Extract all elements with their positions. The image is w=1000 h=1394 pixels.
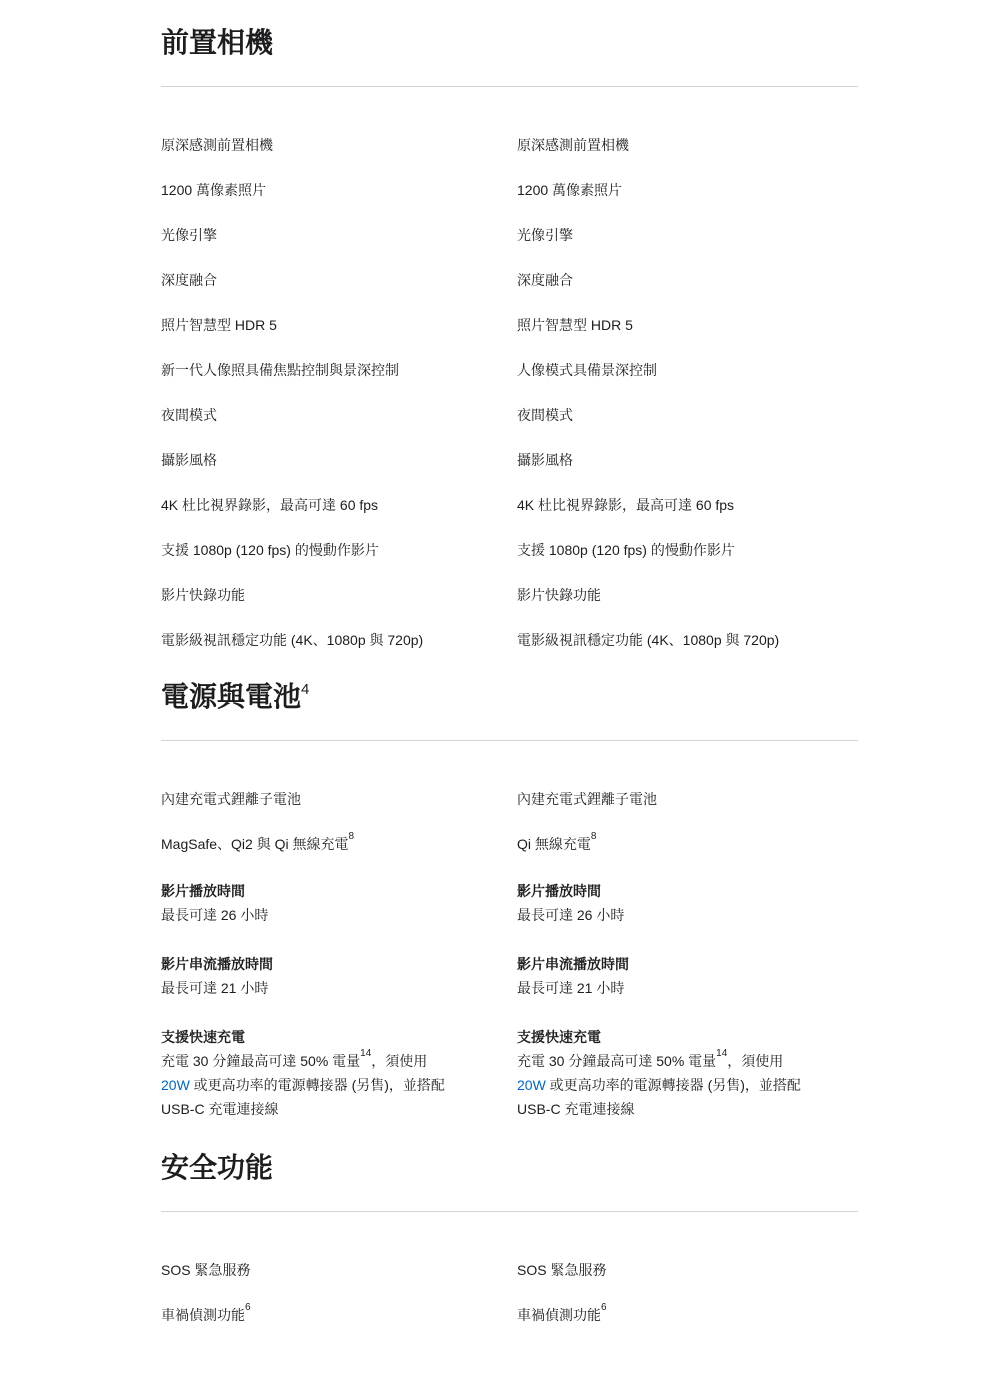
section-divider bbox=[161, 740, 858, 741]
spec-row: 支援快速充電 充電 30 分鐘最高可達 50% 電量14，須使用 20W 或更高… bbox=[161, 1025, 858, 1121]
spec-row: 光像引擎 光像引擎 bbox=[161, 225, 858, 245]
spec-row: 電影級視訊穩定功能 (4K、1080p 與 720p) 電影級視訊穩定功能 (4… bbox=[161, 630, 858, 650]
spec-cell-left: 夜間模式 bbox=[161, 405, 493, 425]
spec-cell-left: 內建充電式鋰離子電池 bbox=[161, 789, 493, 809]
section-safety: 安全功能 SOS 緊急服務 SOS 緊急服務 車禍偵測功能6 車禍偵測功能6 bbox=[161, 1151, 858, 1325]
spec-row: 4K 杜比視界錄影，最高可達 60 fps 4K 杜比視界錄影，最高可達 60 … bbox=[161, 495, 858, 515]
spec-value: 最長可達 26 小時 bbox=[161, 903, 493, 927]
spec-cell-left: 照片智慧型 HDR 5 bbox=[161, 315, 493, 335]
spec-label: 影片串流播放時間 bbox=[517, 952, 849, 976]
spec-row: 攝影風格 攝影風格 bbox=[161, 450, 858, 470]
spec-value-line: 充電 30 分鐘最高可達 50% 電量14，須使用 bbox=[517, 1049, 849, 1073]
footnote-sup: 14 bbox=[716, 1048, 727, 1059]
spec-cell-left: 1200 萬像素照片 bbox=[161, 180, 493, 200]
spec-row: 深度融合 深度融合 bbox=[161, 270, 858, 290]
spec-value-line: USB-C 充電連接線 bbox=[161, 1097, 493, 1121]
section-title-text: 前置相機 bbox=[161, 27, 273, 58]
spec-cell-left: 原深感測前置相機 bbox=[161, 135, 493, 155]
20w-adapter-link[interactable]: 20W bbox=[161, 1077, 190, 1093]
spec-value: 最長可達 21 小時 bbox=[161, 976, 493, 1000]
spec-cell-left: 深度融合 bbox=[161, 270, 493, 290]
spec-text: ，須使用 bbox=[371, 1053, 427, 1069]
spec-label: 影片播放時間 bbox=[517, 879, 849, 903]
section-front-camera: 前置相機 原深感測前置相機 原深感測前置相機 1200 萬像素照片 1200 萬… bbox=[161, 26, 858, 650]
spec-text: ，須使用 bbox=[727, 1053, 783, 1069]
footnote-sup: 14 bbox=[360, 1048, 371, 1059]
spec-row: 影片串流播放時間 最長可達 21 小時 影片串流播放時間 最長可達 21 小時 bbox=[161, 952, 858, 1000]
spec-value-line: 20W 或更高功率的電源轉接器 (另售)，並搭配 bbox=[517, 1073, 849, 1097]
spec-cell-right: 影片快錄功能 bbox=[517, 585, 849, 605]
spec-label: 支援快速充電 bbox=[517, 1025, 849, 1049]
spec-text: 或更高功率的電源轉接器 (另售)，並搭配 bbox=[190, 1077, 445, 1093]
spec-cell-right: 支援 1080p (120 fps) 的慢動作影片 bbox=[517, 540, 849, 560]
spec-label: 影片串流播放時間 bbox=[161, 952, 493, 976]
footnote-sup: 6 bbox=[245, 1302, 251, 1313]
spec-cell-right: 1200 萬像素照片 bbox=[517, 180, 849, 200]
spec-cell-left: 影片串流播放時間 最長可達 21 小時 bbox=[161, 952, 493, 1000]
spec-cell-left: 車禍偵測功能6 bbox=[161, 1305, 493, 1325]
spec-cell-right: 車禍偵測功能6 bbox=[517, 1305, 849, 1325]
spec-cell-left: 攝影風格 bbox=[161, 450, 493, 470]
spec-row: 影片播放時間 最長可達 26 小時 影片播放時間 最長可達 26 小時 bbox=[161, 879, 858, 927]
spec-cell-right: 4K 杜比視界錄影，最高可達 60 fps bbox=[517, 495, 849, 515]
spec-cell-right: 攝影風格 bbox=[517, 450, 849, 470]
spec-row: 原深感測前置相機 原深感測前置相機 bbox=[161, 135, 858, 155]
spec-row: 車禍偵測功能6 車禍偵測功能6 bbox=[161, 1305, 858, 1325]
spec-row: 夜間模式 夜間模式 bbox=[161, 405, 858, 425]
spec-cell-right: 支援快速充電 充電 30 分鐘最高可達 50% 電量14，須使用 20W 或更高… bbox=[517, 1025, 849, 1121]
spec-text: 充電 30 分鐘最高可達 50% 電量 bbox=[517, 1053, 716, 1069]
spec-cell-right: 光像引擎 bbox=[517, 225, 849, 245]
spec-value-line: 充電 30 分鐘最高可達 50% 電量14，須使用 bbox=[161, 1049, 493, 1073]
spec-value-line: USB-C 充電連接線 bbox=[517, 1097, 849, 1121]
spec-text: 或更高功率的電源轉接器 (另售)，並搭配 bbox=[546, 1077, 801, 1093]
section-divider bbox=[161, 1211, 858, 1212]
spec-cell-right: 原深感測前置相機 bbox=[517, 135, 849, 155]
section-title: 電源與電池4 bbox=[161, 680, 858, 713]
spec-cell-right: 照片智慧型 HDR 5 bbox=[517, 315, 849, 335]
spec-row: 1200 萬像素照片 1200 萬像素照片 bbox=[161, 180, 858, 200]
section-title: 安全功能 bbox=[161, 1151, 858, 1184]
spec-cell-right: 內建充電式鋰離子電池 bbox=[517, 789, 849, 809]
footnote-sup: 4 bbox=[301, 681, 309, 698]
spec-cell-left: 新一代人像照具備焦點控制與景深控制 bbox=[161, 360, 493, 380]
footnote-sup: 6 bbox=[601, 1302, 607, 1313]
spec-row: SOS 緊急服務 SOS 緊急服務 bbox=[161, 1260, 858, 1280]
spec-cell-left: 電影級視訊穩定功能 (4K、1080p 與 720p) bbox=[161, 630, 493, 650]
spec-cell-left: 支援快速充電 充電 30 分鐘最高可達 50% 電量14，須使用 20W 或更高… bbox=[161, 1025, 493, 1121]
spec-row: 新一代人像照具備焦點控制與景深控制 人像模式具備景深控制 bbox=[161, 360, 858, 380]
spec-cell-left: 光像引擎 bbox=[161, 225, 493, 245]
section-power-battery: 電源與電池4 內建充電式鋰離子電池 內建充電式鋰離子電池 MagSafe、Qi2… bbox=[161, 680, 858, 1121]
compare-specs-page: 前置相機 原深感測前置相機 原深感測前置相機 1200 萬像素照片 1200 萬… bbox=[0, 0, 1000, 1325]
spec-cell-right: 夜間模式 bbox=[517, 405, 849, 425]
spec-cell-right: SOS 緊急服務 bbox=[517, 1260, 849, 1280]
spec-text: MagSafe、Qi2 與 Qi 無線充電 bbox=[161, 836, 349, 852]
spec-cell-left: SOS 緊急服務 bbox=[161, 1260, 493, 1280]
spec-cell-right: 深度融合 bbox=[517, 270, 849, 290]
spec-cell-left: 影片播放時間 最長可達 26 小時 bbox=[161, 879, 493, 927]
section-divider bbox=[161, 86, 858, 87]
spec-value: 最長可達 21 小時 bbox=[517, 976, 849, 1000]
footnote-sup: 8 bbox=[591, 831, 597, 842]
spec-row: MagSafe、Qi2 與 Qi 無線充電8 Qi 無線充電8 bbox=[161, 834, 858, 854]
spec-row: 內建充電式鋰離子電池 內建充電式鋰離子電池 bbox=[161, 789, 858, 809]
spec-text: 充電 30 分鐘最高可達 50% 電量 bbox=[161, 1053, 360, 1069]
spec-value: 最長可達 26 小時 bbox=[517, 903, 849, 927]
spec-label: 支援快速充電 bbox=[161, 1025, 493, 1049]
spec-cell-right: 影片播放時間 最長可達 26 小時 bbox=[517, 879, 849, 927]
section-title-text: 安全功能 bbox=[161, 1152, 273, 1183]
section-title-text: 電源與電池 bbox=[161, 681, 301, 712]
spec-value-line: 20W 或更高功率的電源轉接器 (另售)，並搭配 bbox=[161, 1073, 493, 1097]
spec-text: Qi 無線充電 bbox=[517, 836, 591, 852]
spec-text: 車禍偵測功能 bbox=[161, 1307, 245, 1323]
spec-cell-left: 支援 1080p (120 fps) 的慢動作影片 bbox=[161, 540, 493, 560]
spec-row: 支援 1080p (120 fps) 的慢動作影片 支援 1080p (120 … bbox=[161, 540, 858, 560]
spec-row: 照片智慧型 HDR 5 照片智慧型 HDR 5 bbox=[161, 315, 858, 335]
section-title: 前置相機 bbox=[161, 26, 858, 59]
spec-cell-right: 人像模式具備景深控制 bbox=[517, 360, 849, 380]
spec-cell-right: Qi 無線充電8 bbox=[517, 834, 849, 854]
spec-cell-right: 影片串流播放時間 最長可達 21 小時 bbox=[517, 952, 849, 1000]
spec-cell-left: MagSafe、Qi2 與 Qi 無線充電8 bbox=[161, 834, 493, 854]
spec-row: 影片快錄功能 影片快錄功能 bbox=[161, 585, 858, 605]
spec-cell-left: 4K 杜比視界錄影，最高可達 60 fps bbox=[161, 495, 493, 515]
spec-cell-left: 影片快錄功能 bbox=[161, 585, 493, 605]
spec-text: 車禍偵測功能 bbox=[517, 1307, 601, 1323]
footnote-sup: 8 bbox=[349, 831, 355, 842]
spec-label: 影片播放時間 bbox=[161, 879, 493, 903]
20w-adapter-link[interactable]: 20W bbox=[517, 1077, 546, 1093]
spec-cell-right: 電影級視訊穩定功能 (4K、1080p 與 720p) bbox=[517, 630, 849, 650]
